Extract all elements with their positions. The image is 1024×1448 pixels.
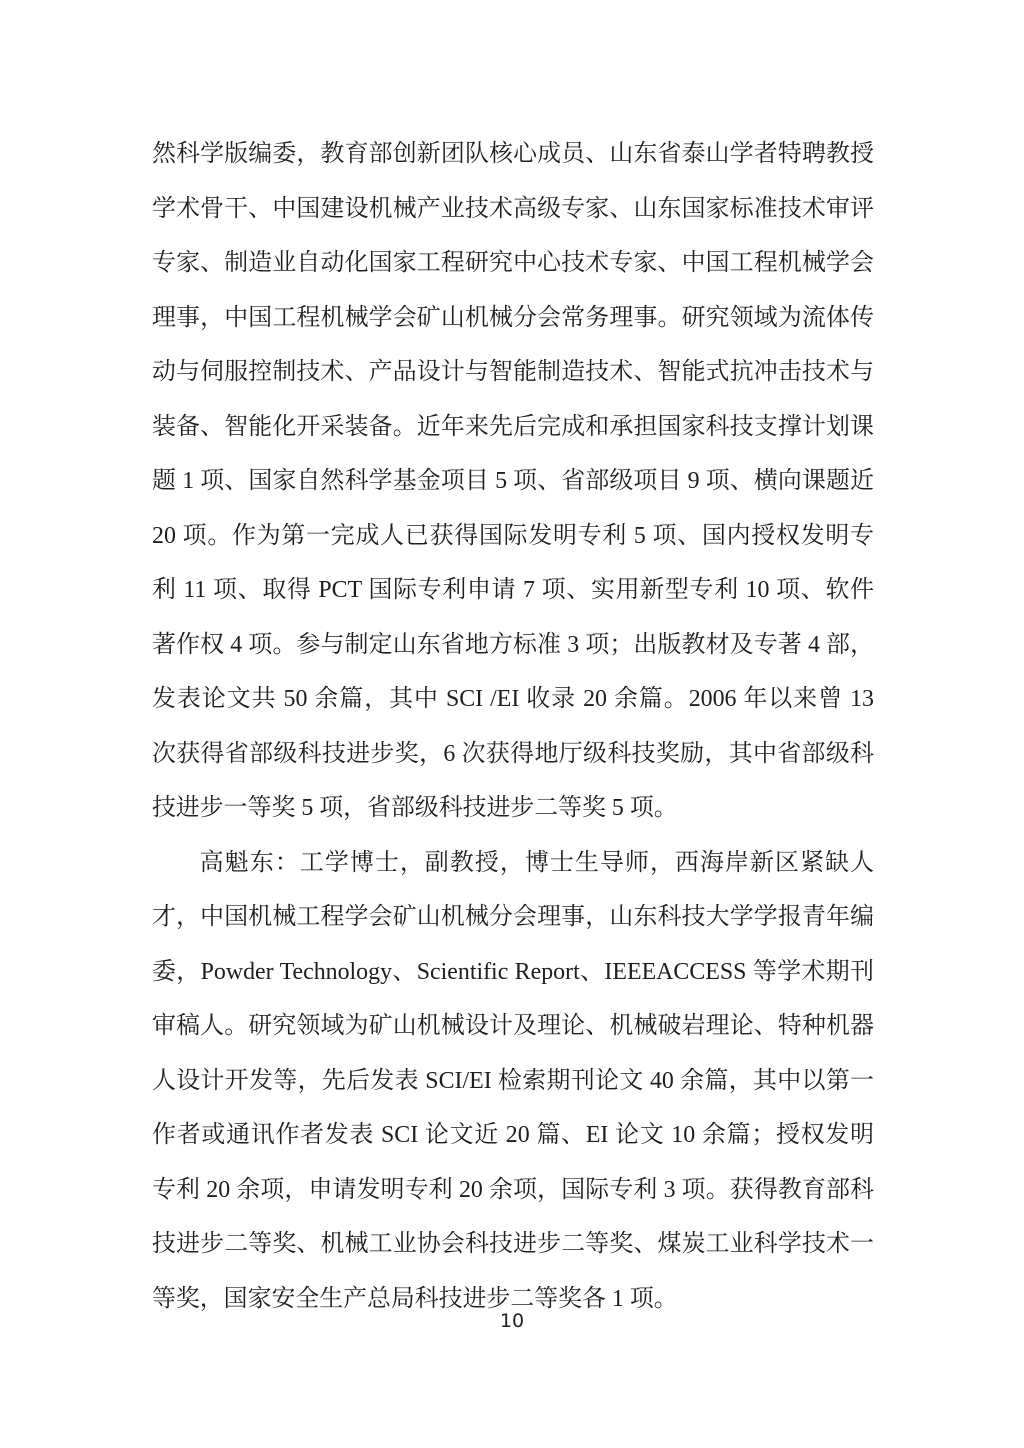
page-footer: 10 — [0, 1310, 1024, 1332]
page-number: 10 — [500, 1310, 524, 1332]
body-paragraph-1: 然科学版编委，教育部创新团队核心成员、山东省泰山学者特聘教授学术骨干、中国建设机… — [152, 127, 874, 836]
page-body: 然科学版编委，教育部创新团队核心成员、山东省泰山学者特聘教授学术骨干、中国建设机… — [152, 127, 874, 1326]
body-paragraph-2: 高魁东：工学博士，副教授，博士生导师，西海岸新区紧缺人才，中国机械工程学会矿山机… — [152, 836, 874, 1327]
document-page: 然科学版编委，教育部创新团队核心成员、山东省泰山学者特聘教授学术骨干、中国建设机… — [0, 0, 1024, 1448]
